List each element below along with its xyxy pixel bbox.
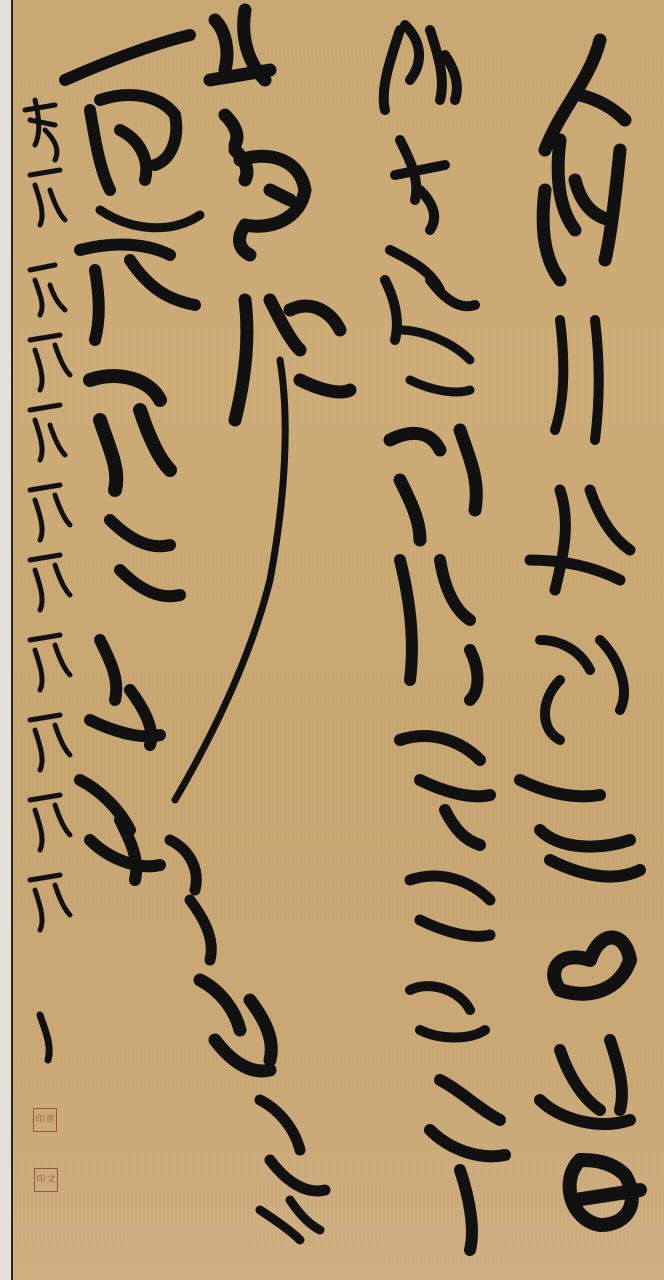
column-1 <box>520 40 640 1225</box>
column-2 <box>384 25 505 1250</box>
column-5-inscription <box>25 100 70 1060</box>
lower-seal: 印 文 <box>34 1168 58 1192</box>
column-3 <box>175 10 350 800</box>
scroll-mount: 印 章 印 文 Chinese cursive calligraphy hang… <box>0 0 664 1280</box>
calligraphy-ink <box>0 0 664 1280</box>
upper-seal: 印 章 <box>33 1108 57 1132</box>
